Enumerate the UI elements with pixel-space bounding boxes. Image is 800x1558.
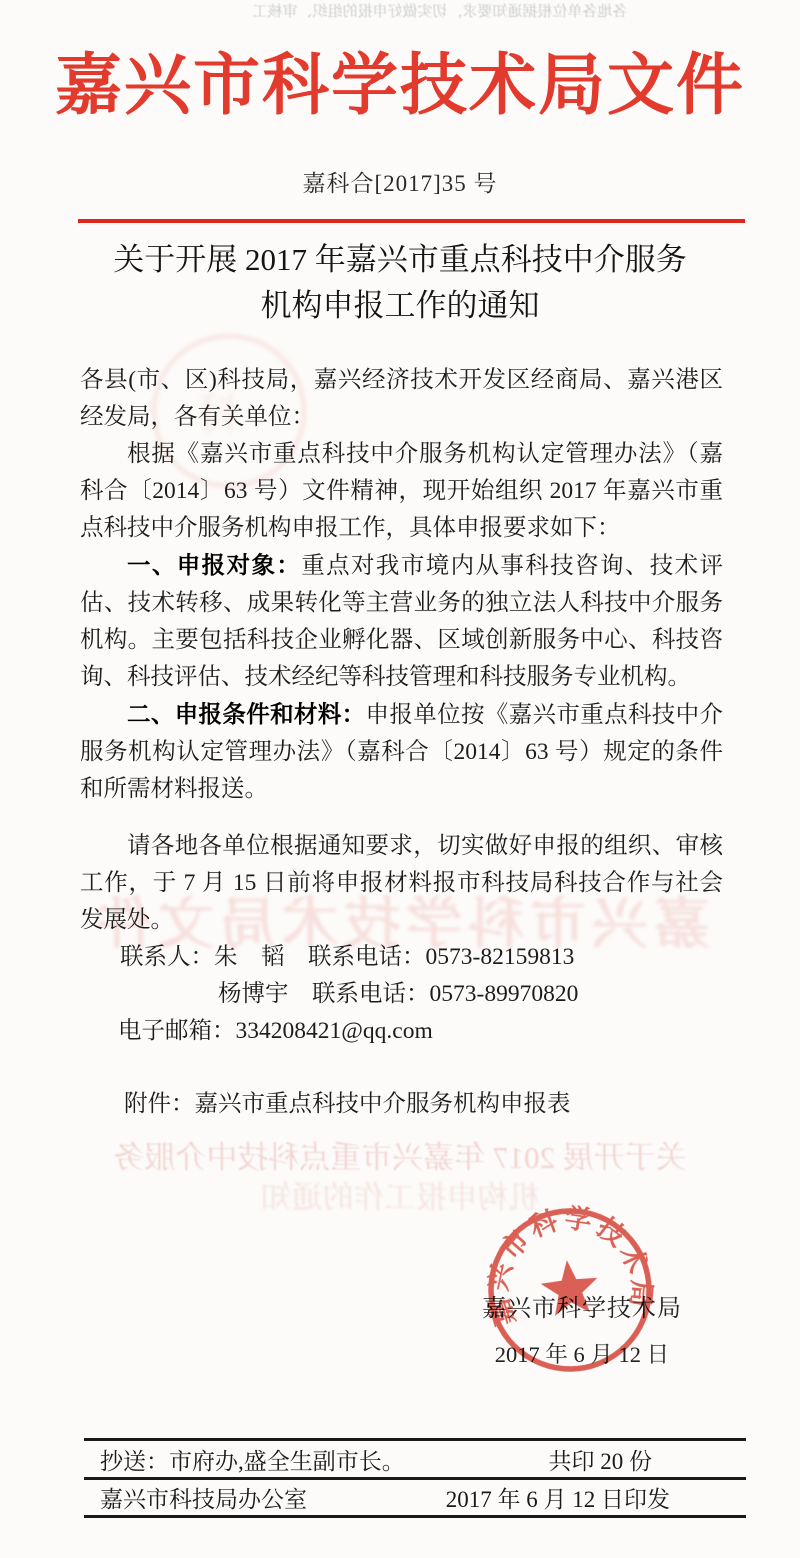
footer-table: 抄送：市府办,盛全生副市长。 共印 20 份 嘉兴市科技局办公室 2017 年 …	[84, 1438, 746, 1518]
footer-cc-row: 抄送：市府办,盛全生副市长。 共印 20 份	[84, 1441, 746, 1477]
document-title: 关于开展 2017 年嘉兴市重点科技中介服务 机构申报工作的通知	[60, 237, 740, 329]
cc-text: 抄送：市府办,盛全生副市长。	[100, 1443, 405, 1476]
body-paragraph: 根据《嘉兴市重点科技中介服务机构认定管理办法》（嘉科合〔2014〕63 号）文件…	[80, 436, 723, 547]
salutation-paragraph: 各县(市、区)科技局，嘉兴经济技术开发区经商局、嘉兴港区经发局，各有关单位：	[80, 362, 723, 436]
issuing-office: 嘉兴市科技局办公室	[100, 1481, 307, 1514]
bleed-through-text-top: 各地各单位根据通知要求，切实做好申报的组织、审核工	[140, 0, 740, 21]
seal-graphic: 嘉兴市科学技术局	[475, 1195, 664, 1384]
section-label-1: 一、申报对象：	[127, 552, 301, 578]
footer-rule-bottom	[84, 1515, 746, 1518]
email-line: 电子邮箱：334208421@qq.com	[80, 1013, 723, 1050]
document-title-line1: 关于开展 2017 年嘉兴市重点科技中介服务	[113, 242, 687, 277]
section-label-2: 二、申报条件和材料：	[127, 701, 366, 727]
footer-issuer-row: 嘉兴市科技局办公室 2017 年 6 月 12 日印发	[84, 1480, 746, 1515]
bleed-through-title-line1: 关于开展 2017 年嘉兴市重点科技中介服务	[80, 1132, 720, 1177]
body-paragraph: 请各地各单位根据通知要求，切实做好申报的组织、审核工作，于 7 月 15 日前将…	[80, 828, 723, 939]
official-seal-stamp: 嘉兴市科学技术局	[475, 1195, 664, 1384]
contact-line-2: 杨博宇 联系电话：0573-89970820	[80, 976, 723, 1013]
document-number: 嘉科合[2017]35 号	[0, 165, 800, 198]
body-paragraph: 一、申报对象：重点对我市境内从事科技咨询、技术评估、技术转移、成果转化等主营业务…	[80, 547, 723, 696]
contact-line-1: 联系人：朱 韬 联系电话：0573-82159813	[80, 939, 723, 976]
attachment-line: 附件：嘉兴市重点科技中介服务机构申报表	[80, 1086, 723, 1123]
document-body: 各县(市、区)科技局，嘉兴经济技术开发区经商局、嘉兴港区经发局，各有关单位： 根…	[80, 362, 723, 1123]
copies-count: 共印 20 份	[549, 1443, 653, 1476]
letterhead-rule	[78, 219, 745, 223]
document-page: 各地各单位根据通知要求，切实做好申报的组织、审核工 科 嘉兴市科学技术局文件 关…	[0, 0, 800, 1558]
print-date: 2017 年 6 月 12 日印发	[446, 1481, 670, 1514]
document-title-line2: 机构申报工作的通知	[261, 288, 540, 323]
agency-masthead: 嘉兴市科学技术局文件	[0, 32, 800, 128]
seal-star-icon	[539, 1257, 601, 1317]
body-paragraph: 二、申报条件和材料：申报单位按《嘉兴市重点科技中介服务机构认定管理办法》（嘉科合…	[80, 696, 723, 808]
